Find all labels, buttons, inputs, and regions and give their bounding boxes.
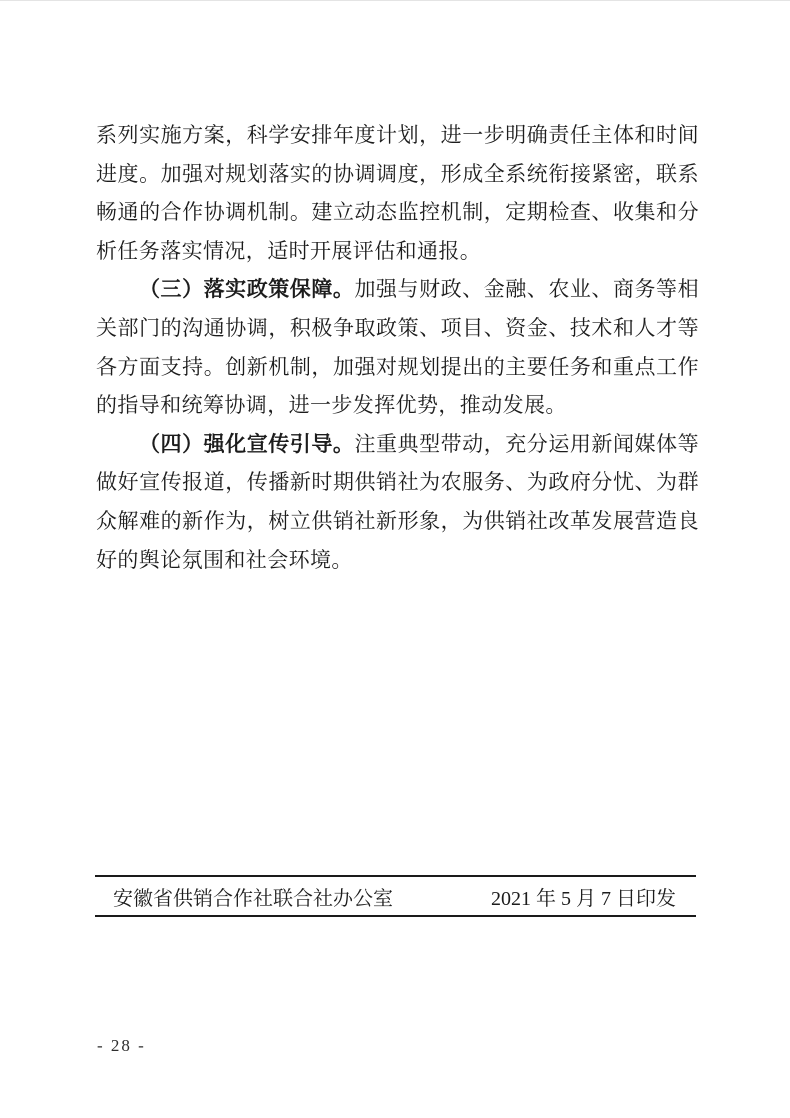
- page-number: - 28 -: [97, 1036, 146, 1056]
- colophon: 安徽省供销合作社联合社办公室 2021 年 5 月 7 日印发: [95, 875, 696, 917]
- paragraph-heading: （四）强化宣传引导。: [139, 432, 354, 456]
- document-page: 系列实施方案，科学安排年度计划，进一步明确责任主体和时间进度。加强对规划落实的协…: [0, 0, 790, 1118]
- document-body: 系列实施方案，科学安排年度计划，进一步明确责任主体和时间进度。加强对规划落实的协…: [96, 116, 699, 579]
- paragraph: 系列实施方案，科学安排年度计划，进一步明确责任主体和时间进度。加强对规划落实的协…: [96, 116, 699, 270]
- print-date: 2021 年 5 月 7 日印发: [491, 882, 676, 911]
- paragraph-text: 系列实施方案，科学安排年度计划，进一步明确责任主体和时间进度。加强对规划落实的协…: [96, 123, 699, 263]
- paragraph: （三）落实政策保障。加强与财政、金融、农业、商务等相关部门的沟通协调，积极争取政…: [96, 270, 699, 424]
- issuing-office: 安徽省供销合作社联合社办公室: [113, 882, 393, 911]
- paragraph: （四）强化宣传引导。注重典型带动，充分运用新闻媒体等做好宣传报道，传播新时期供销…: [96, 425, 699, 579]
- paragraph-heading: （三）落实政策保障。: [139, 277, 354, 301]
- colophon-row: 安徽省供销合作社联合社办公室 2021 年 5 月 7 日印发: [95, 877, 696, 915]
- page-top-edge: [0, 0, 790, 1]
